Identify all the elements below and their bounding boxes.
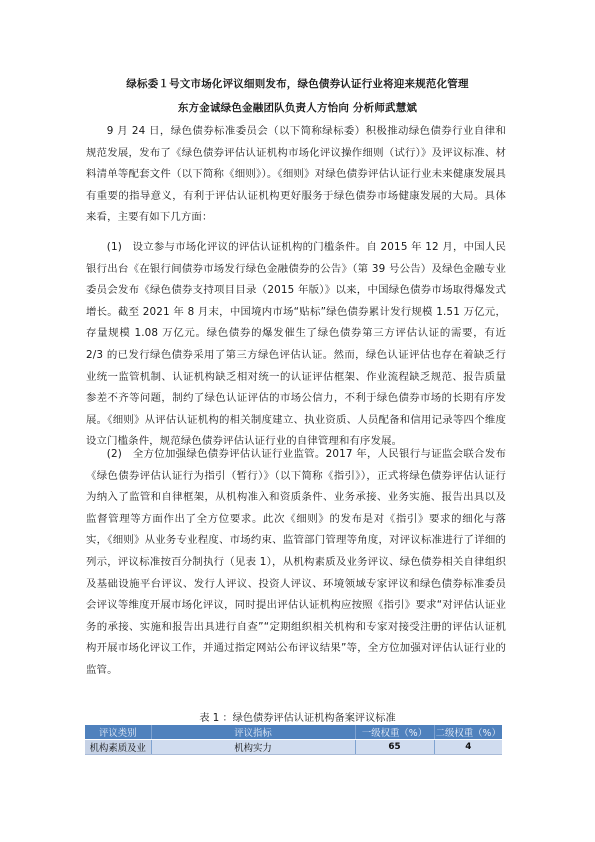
cell-level1-weight: 65 bbox=[355, 740, 434, 755]
paragraph-point-1: (1) 设立参与市场化评议的评估认证机构的门槛条件。自 2015 年 12 月，… bbox=[86, 237, 506, 453]
table-caption: 表 1 ：绿色债券评估认证机构备案评议标准 bbox=[0, 709, 595, 724]
paragraph-point-2: (2) 全方位加强绿色债券评估认证行业监管。2017 年，人民银行与证监会联合发… bbox=[86, 444, 506, 682]
header-level1-weight: 一级权重（%） bbox=[355, 725, 434, 740]
paragraph-text: (1) 设立参与市场化评议的评估认证机构的门槛条件。自 2015 年 12 月，… bbox=[86, 237, 506, 453]
header-level2-weight: 二级权重（%） bbox=[434, 725, 502, 740]
cell-level2-weight: 4 bbox=[434, 740, 502, 755]
document-byline: 东方金诚绿色金融团队负责人方怡向 分析师武慧斌 bbox=[0, 100, 595, 115]
header-indicator: 评议指标 bbox=[151, 725, 355, 740]
paragraph-text: 9 月 24 日，绿色债券标准委员会（以下简称绿标委）积极推动绿色债券行业自律和… bbox=[86, 121, 506, 229]
table-header-row: 评议类别 评议指标 一级权重（%） 二级权重（%） bbox=[85, 725, 502, 740]
table-row: 机构素质及业 机构实力 65 4 bbox=[85, 740, 502, 755]
evaluation-standard-table: 评议类别 评议指标 一级权重（%） 二级权重（%） 机构素质及业 机构实力 65… bbox=[85, 725, 502, 755]
paragraph-text: (2) 全方位加强绿色债券评估认证行业监管。2017 年，人民银行与证监会联合发… bbox=[86, 444, 506, 682]
cell-indicator: 机构实力 bbox=[151, 740, 355, 755]
cell-category: 机构素质及业 bbox=[85, 740, 151, 755]
header-category: 评议类别 bbox=[85, 725, 151, 740]
document-title: 绿标委１号文市场化评议细则发布，绿色债券认证行业将迎来规范化管理 bbox=[0, 76, 595, 91]
paragraph-intro: 9 月 24 日，绿色债券标准委员会（以下简称绿标委）积极推动绿色债券行业自律和… bbox=[86, 121, 506, 229]
